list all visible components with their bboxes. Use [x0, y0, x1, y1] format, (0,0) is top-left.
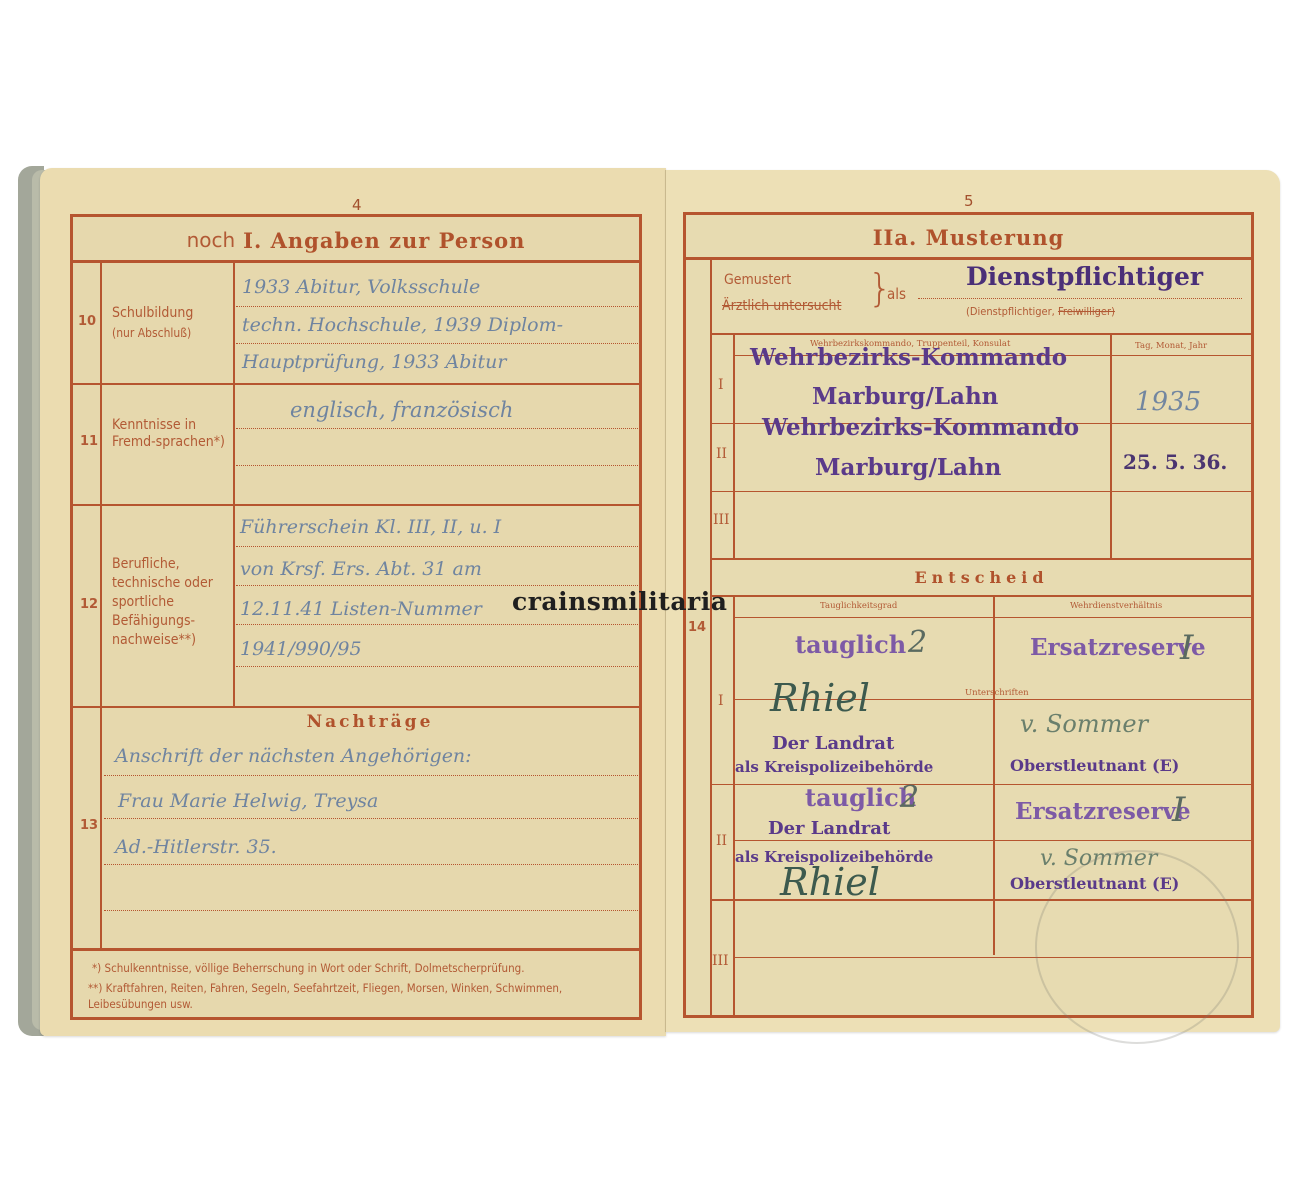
dotted-line [104, 775, 638, 776]
footnote-1: *) Schulkenntnisse, völlige Beherrschung… [92, 960, 632, 976]
date-column-line [1110, 335, 1112, 560]
label-column-line [233, 262, 235, 707]
dotted-line [236, 546, 638, 547]
row-number-13: 13 [80, 818, 98, 833]
dotted-line [236, 306, 638, 307]
grade-tauglich-I: 2 [908, 625, 927, 660]
roman-III: III [713, 512, 730, 528]
handwritten-entry: 1933 Abitur, Volksschule [242, 276, 480, 298]
page-number-left: 4 [352, 196, 362, 214]
nachtraege-heading: Nachträge [102, 712, 638, 732]
left-title-band: noch I. Angaben zur Person [73, 222, 639, 258]
roman-I: I [718, 377, 724, 393]
stamp-marburg-2: Marburg/Lahn [815, 454, 1001, 481]
date-row-I: 1935 [1135, 387, 1201, 417]
row-divider [73, 383, 639, 385]
roman-II: II [716, 446, 727, 462]
row-divider [712, 333, 1251, 335]
stamp-ersatzreserve-II: Ersatzreserve [1015, 798, 1191, 825]
label-befaehigungsnachweise: Berufliche, technische oder sportliche B… [112, 555, 230, 650]
date-row-II: 25. 5. 36. [1123, 450, 1227, 474]
row-divider [712, 595, 1251, 597]
als-hint: (Dienstpflichtiger, Freiwilliger) [966, 303, 1115, 320]
label-schulbildung: Schulbildung [112, 305, 193, 322]
watermark-text: crainsmilitaria [512, 587, 727, 616]
header-tauglichkeitsgrad: Tauglichkeitsgrad [820, 601, 897, 611]
handwritten-entry: englisch, französisch [290, 398, 513, 422]
stamp-wehrbezirkskommando-1: Wehrbezirks-Kommando [750, 344, 1067, 371]
stamp-tauglich-I: tauglich [795, 630, 906, 659]
page-number-right: 5 [964, 192, 974, 210]
middle-column-line [993, 597, 995, 955]
entscheid-roman-I: I [718, 693, 724, 709]
handwritten-entry: Frau Marie Helwig, Treysa [118, 790, 378, 812]
row-divider [712, 784, 1251, 785]
stamp-oberstleutnant-I: Oberstleutnant (E) [1010, 756, 1179, 775]
handwritten-entry: techn. Hochschule, 1939 Diplom- [242, 314, 563, 336]
handwritten-entry: Hauptprüfung, 1933 Abitur [242, 351, 506, 373]
row-divider [73, 504, 639, 506]
right-title-band: IIa. Musterung [686, 220, 1251, 256]
right-page-title: IIa. Musterung [873, 225, 1065, 250]
row-divider [735, 840, 1251, 841]
entscheid-roman-II: II [716, 833, 727, 849]
stamp-wehrbezirkskommando-2: Wehrbezirks-Kommando [762, 414, 1079, 441]
dotted-line [104, 910, 638, 911]
handwritten-entry: Ad.-Hitlerstr. 35. [115, 836, 277, 858]
nachtraege-title: Nachträge [307, 712, 434, 732]
row-number-11: 11 [80, 434, 98, 449]
title-prefix: noch [187, 228, 236, 252]
dotted-line [236, 624, 638, 625]
faint-official-seal [1035, 850, 1239, 1044]
roman-column-line [733, 597, 735, 1017]
entscheid-title: Entscheid [914, 568, 1048, 587]
dotted-line [104, 864, 638, 865]
header-wehrdienstverhaeltnis: Wehrdienstverhältnis [1070, 601, 1162, 611]
handwritten-entry: von Krsf. Ers. Abt. 31 am [240, 558, 482, 580]
signature-oberstleutnant-I: v. Sommer [1020, 710, 1148, 738]
row-divider [73, 706, 639, 708]
label-gemustert: Gemustert [724, 272, 791, 289]
handwritten-entry: 1941/990/95 [240, 638, 362, 660]
row-number-14: 14 [688, 620, 706, 635]
row-number-12: 12 [80, 597, 98, 612]
stamp-dienstpflichtiger: Dienstpflichtiger [966, 262, 1203, 291]
left-page-title: I. Angaben zur Person [243, 228, 525, 253]
footnote-2: **) Kraftfahren, Reiten, Fahren, Segeln,… [88, 980, 628, 1012]
row-number-10: 10 [78, 314, 96, 329]
number-column-line [100, 262, 102, 950]
stamp-der-landrat-I: Der Landrat [772, 733, 894, 754]
stamp-kreispolizeibehoerde-I: als Kreispolizeibehörde [735, 758, 933, 776]
entscheid-heading: Entscheid [712, 568, 1251, 587]
label-unterschriften: Unterschriften [965, 688, 1029, 698]
dotted-line [236, 585, 638, 586]
dotted-line [918, 298, 1242, 299]
label-schulbildung-sub: (nur Abschluß) [112, 325, 191, 342]
label-als: als [887, 286, 906, 303]
label-fremdsprachen: Kenntnisse in Fremd-sprachen*) [112, 417, 227, 451]
signature-landrat-II: Rhiel [780, 860, 880, 904]
row-divider [73, 948, 639, 951]
stamp-marburg-1: Marburg/Lahn [812, 383, 998, 410]
left-margin-column-line [710, 259, 712, 1016]
grade-ersatzreserve-II: I [1172, 790, 1185, 830]
handwritten-entry: Anschrift der nächsten Angehörigen: [115, 745, 472, 767]
dotted-line [236, 465, 638, 466]
signature-landrat-I: Rhiel [770, 676, 870, 720]
hint-dienstpflichtiger: (Dienstpflichtiger, [966, 305, 1055, 318]
header-tag-monat-jahr: Tag, Monat, Jahr [1135, 341, 1207, 351]
grade-tauglich-II: 2 [900, 780, 919, 815]
grade-ersatzreserve-I: I [1180, 628, 1193, 668]
row-divider [712, 491, 1251, 492]
dotted-line [236, 343, 638, 344]
dotted-line [236, 666, 638, 667]
row-divider [712, 558, 1251, 560]
roman-column-line [733, 335, 735, 560]
stamp-der-landrat-II: Der Landrat [768, 818, 890, 839]
label-aerztlich-untersucht: Ärztlich untersucht [722, 298, 841, 315]
handwritten-entry: 12.11.41 Listen-Nummer [240, 598, 482, 620]
entscheid-roman-III: III [712, 953, 729, 969]
dotted-line [104, 818, 638, 819]
dotted-line [236, 428, 638, 429]
divider [686, 257, 1251, 260]
row-divider [735, 617, 1251, 618]
divider [73, 260, 639, 263]
handwritten-entry: Führerschein Kl. III, II, u. I [240, 516, 501, 538]
hint-freiwilliger: Freiwilliger) [1058, 305, 1115, 318]
